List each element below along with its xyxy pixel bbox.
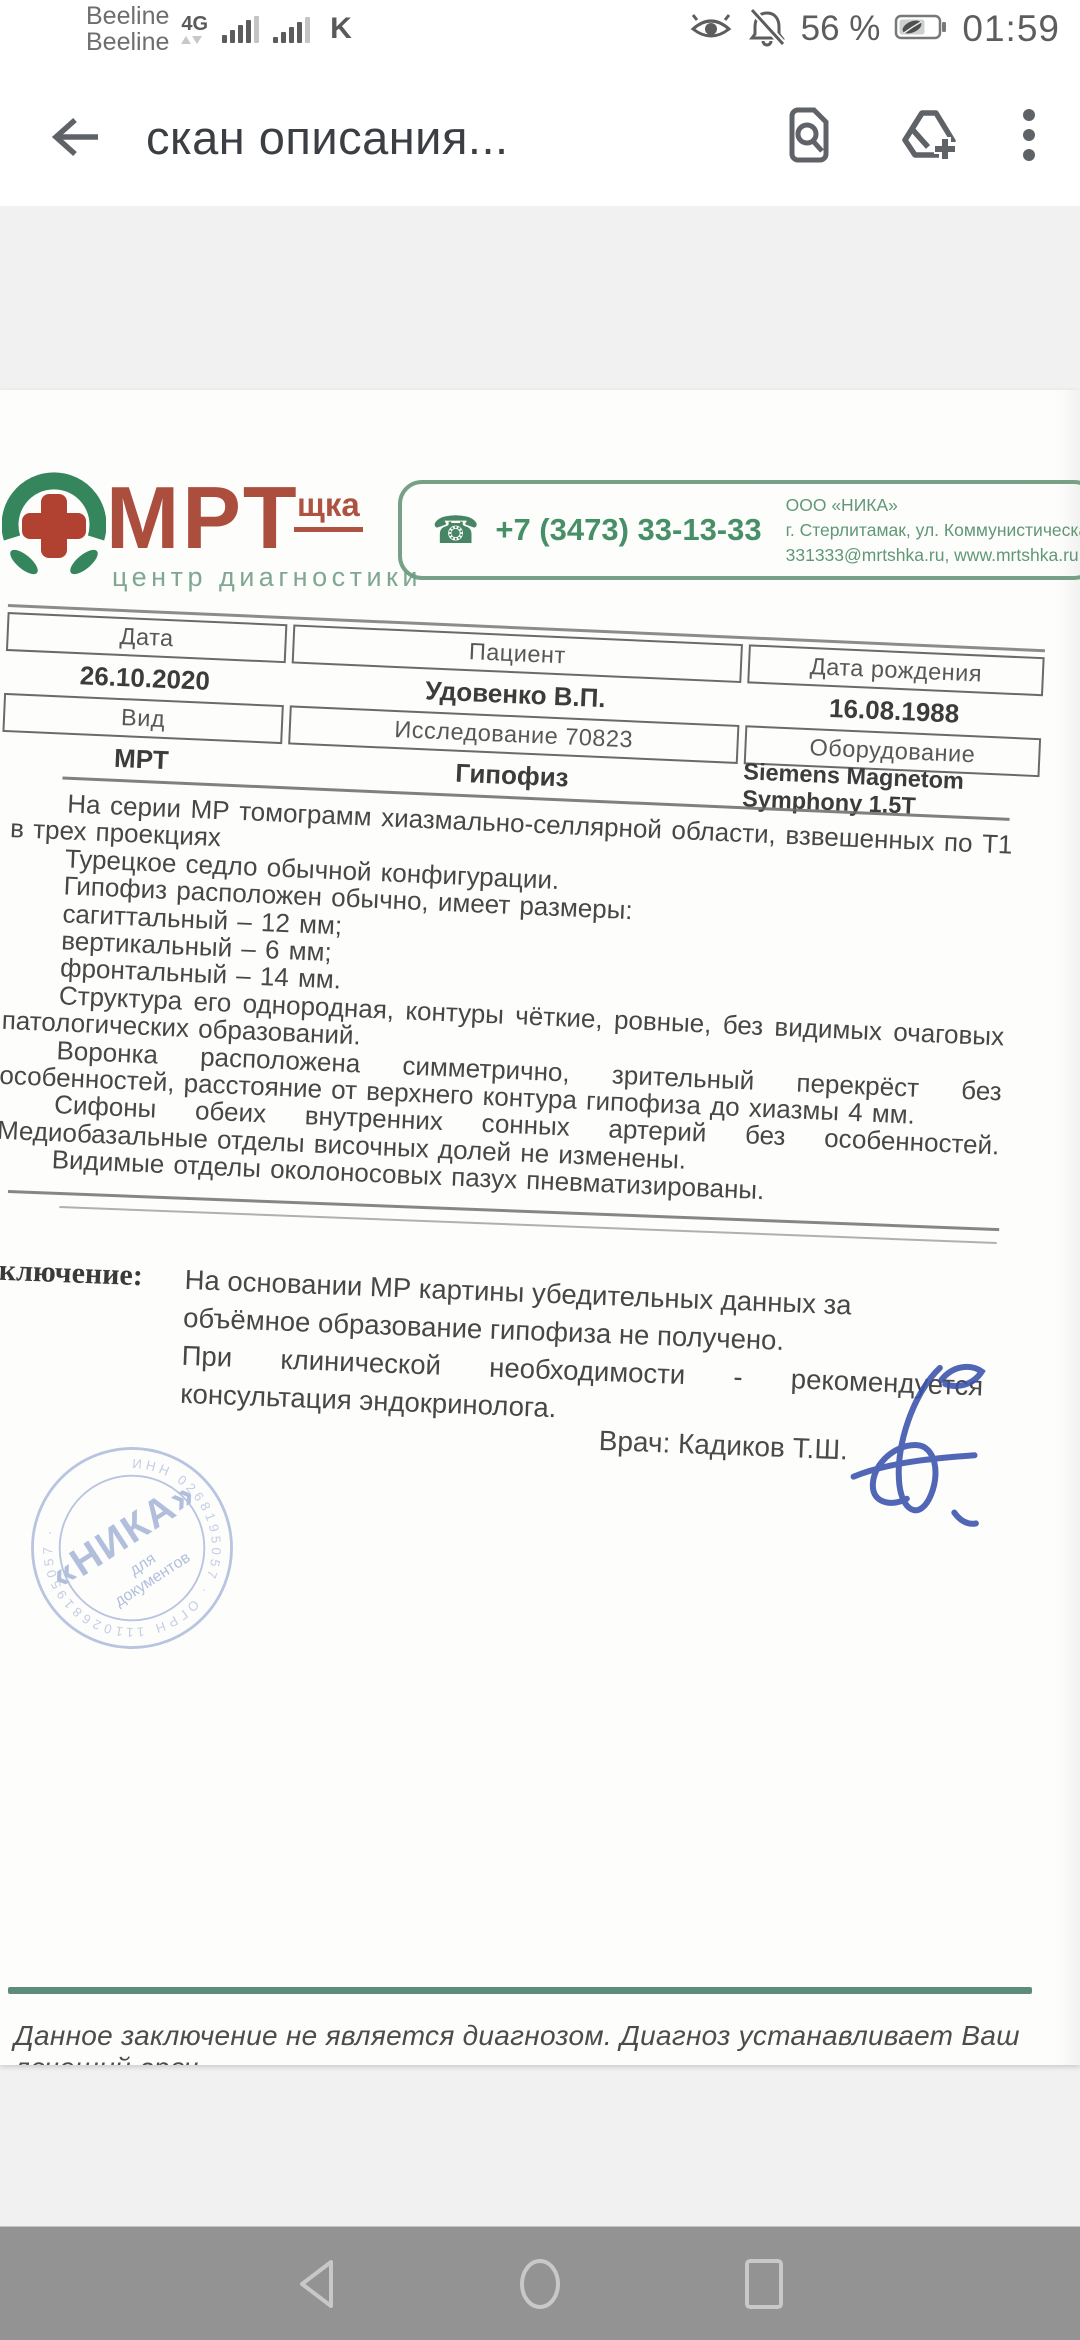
clinic-stamp: ИНН 0268195057 · ОГРН 1110268195057 · «Н… bbox=[24, 1440, 240, 1661]
battery-percent: 56 % bbox=[801, 9, 881, 49]
doctor-signature bbox=[837, 1350, 994, 1546]
report-body: На серии МР томограмм хиазмально-селлярн… bbox=[0, 788, 1013, 1215]
clinic-contact-card: ☎ +7 (3473) 33-13-33 ООО «НИКА» г. Стерл… bbox=[398, 480, 1080, 580]
signal-strength-bars-icon-sim2 bbox=[273, 16, 310, 43]
search-in-document-button[interactable] bbox=[782, 106, 836, 169]
clinic-org-name: ООО «НИКА» bbox=[786, 493, 1080, 518]
overflow-menu-icon bbox=[1022, 106, 1036, 164]
add-to-drive-button[interactable] bbox=[898, 107, 960, 168]
clinic-logo-text: МРТ bbox=[106, 476, 300, 560]
status-bar: Beeline Beeline 4G K bbox=[0, 0, 1080, 58]
carrier-name-sim1: Beeline bbox=[86, 3, 169, 29]
clock: 01:59 bbox=[962, 8, 1060, 50]
clinic-logo-cross-icon bbox=[2, 466, 106, 585]
notifications-off-icon bbox=[747, 7, 787, 52]
nav-back-triangle-icon bbox=[295, 2258, 337, 2310]
clinic-email-site: 331333@mrtshka.ru, www.mrtshka.ru bbox=[786, 543, 1080, 568]
clinic-phone-number: +7 (3473) 33-13-33 bbox=[495, 512, 761, 548]
search-in-document-icon bbox=[782, 106, 836, 164]
clinic-address: г. Стерлитамак, ул. Коммунистическая 85А… bbox=[786, 518, 1080, 543]
nav-recents-square-icon bbox=[742, 2257, 786, 2311]
add-to-drive-icon bbox=[898, 107, 960, 163]
more-options-button[interactable] bbox=[1022, 106, 1036, 169]
eye-comfort-icon bbox=[689, 10, 733, 49]
phone-screen: Beeline Beeline 4G K bbox=[0, 0, 1080, 2340]
signal-strength-bars-icon-sim1 bbox=[222, 16, 259, 43]
nav-recents-button[interactable] bbox=[734, 2254, 794, 2314]
footer-divider bbox=[8, 1987, 1032, 1994]
nav-home-button[interactable] bbox=[510, 2254, 570, 2314]
phone-icon: ☎ bbox=[432, 508, 479, 553]
clinic-logo-tagline: центр диагностики bbox=[112, 562, 422, 593]
patient-info-table: Дата Пациент Дата рождения 26.10.2020 Уд… bbox=[0, 604, 1047, 822]
data-activity-arrows-icon bbox=[181, 36, 202, 44]
conclusion-label: ключение: bbox=[0, 1254, 185, 1413]
back-button[interactable] bbox=[48, 113, 104, 161]
clinic-logo-suffix: щка bbox=[294, 486, 363, 532]
network-type-badge: 4G bbox=[181, 14, 208, 34]
nav-home-circle-icon bbox=[517, 2257, 563, 2311]
volte-letter-badge: K bbox=[330, 12, 352, 46]
battery-saver-leaf-icon bbox=[894, 13, 948, 46]
nav-bar bbox=[0, 2226, 1080, 2340]
back-arrow-icon bbox=[49, 114, 103, 160]
nav-back-button[interactable] bbox=[286, 2254, 346, 2314]
stamp-center-text: «НИКА» bbox=[42, 1471, 204, 1598]
footer-note: Данное заключение не является диагнозом.… bbox=[14, 2020, 1026, 2065]
document-page: МРТ щка центр диагностики ☎ +7 (3473) 33… bbox=[0, 390, 1080, 2065]
carrier-name-sim2: Beeline bbox=[86, 29, 169, 55]
app-toolbar: скан описания... bbox=[0, 58, 1080, 206]
page-title: скан описания... bbox=[146, 110, 782, 165]
